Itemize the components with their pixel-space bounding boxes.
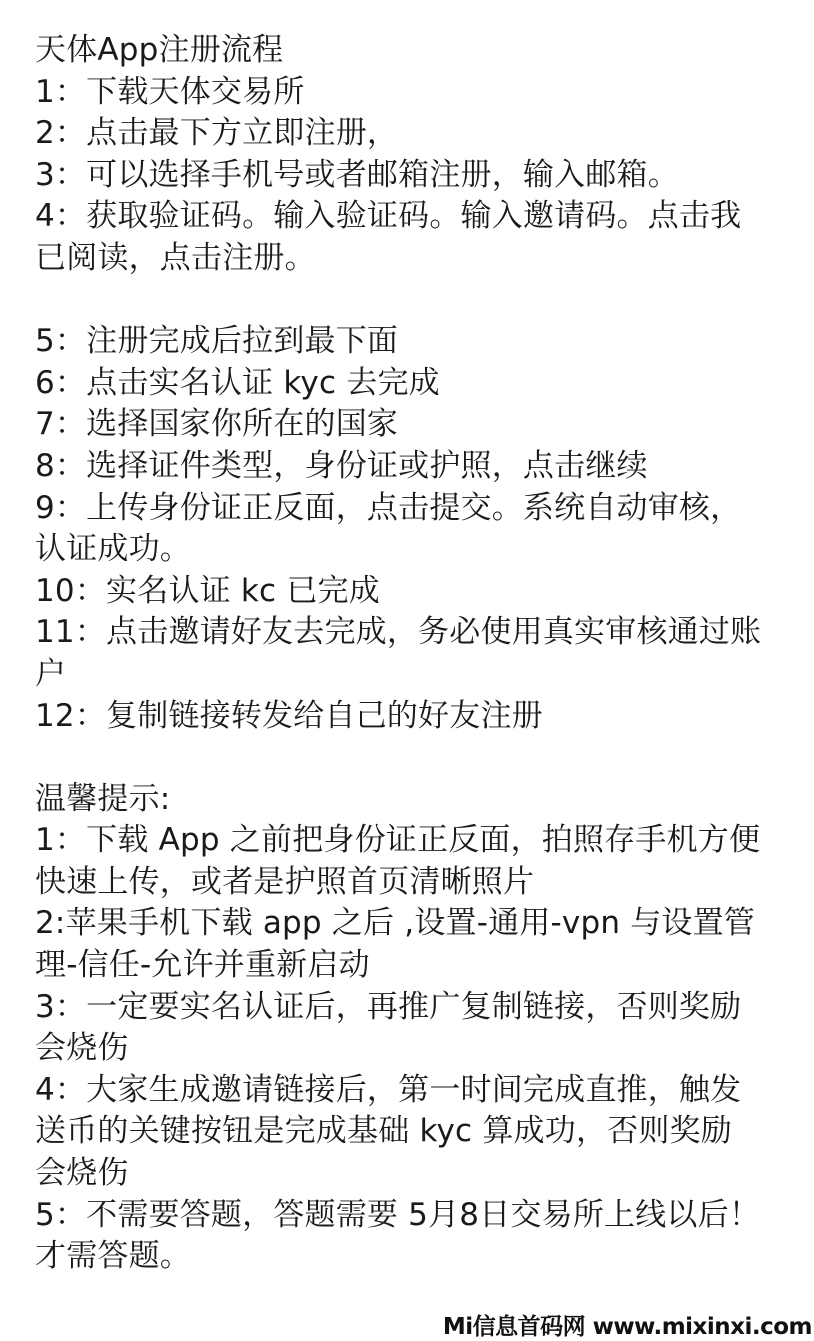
step-line: 7：选择国家你所在的国家 <box>35 404 805 446</box>
step-line: 认证成功。 <box>35 529 805 571</box>
watermark-text: Mi信息首码网 www.mixinxi.com <box>443 1313 812 1341</box>
step-line: 10：实名认证 kc 已完成 <box>35 571 805 613</box>
tip-line: 送币的关键按钮是完成基础 kyc 算成功，否则奖励 <box>35 1111 805 1153</box>
paragraph-spacer <box>35 280 805 322</box>
tip-line: 会烧伤 <box>35 1028 805 1070</box>
step-line: 2：点击最下方立即注册， <box>35 113 805 155</box>
step-line: 5：注册完成后拉到最下面 <box>35 321 805 363</box>
document-title: 天体App注册流程 <box>35 30 805 72</box>
step-line: 3：可以选择手机号或者邮箱注册，输入邮箱。 <box>35 155 805 197</box>
step-line: 11：点击邀请好友去完成，务必使用真实审核通过账 <box>35 612 805 654</box>
tip-line: 1：下载 App 之前把身份证正反面，拍照存手机方便 <box>35 820 805 862</box>
tip-line: 理-信任-允许并重新启动 <box>35 945 805 987</box>
tip-line: 4：大家生成邀请链接后，第一时间完成直推，触发 <box>35 1070 805 1112</box>
step-line: 8：选择证件类型，身份证或护照，点击继续 <box>35 446 805 488</box>
tip-line: 3：一定要实名认证后，再推广复制链接，否则奖励 <box>35 987 805 1029</box>
step-line: 1：下载天体交易所 <box>35 72 805 114</box>
step-line: 12：复制链接转发给自己的好友注册 <box>35 696 805 738</box>
tips-heading: 温馨提示: <box>35 779 805 821</box>
paragraph-spacer <box>35 737 805 779</box>
tip-line: 2:苹果手机下载 app 之后 ,设置-通用-vpn 与设置管 <box>35 903 805 945</box>
step-line: 6：点击实名认证 kyc 去完成 <box>35 363 805 405</box>
document-body: 天体App注册流程 1：下载天体交易所 2：点击最下方立即注册， 3：可以选择手… <box>35 30 805 1278</box>
step-line: 已阅读，点击注册。 <box>35 238 805 280</box>
tip-line: 5：不需要答题，答题需要 5月8日交易所上线以后！ <box>35 1195 805 1237</box>
tip-line: 会烧伤 <box>35 1153 805 1195</box>
tip-line: 快速上传，或者是护照首页清晰照片 <box>35 862 805 904</box>
step-line: 4：获取验证码。输入验证码。输入邀请码。点击我 <box>35 196 805 238</box>
step-line: 户 <box>35 654 805 696</box>
step-line: 9：上传身份证正反面，点击提交。系统自动审核， <box>35 488 805 530</box>
tip-line: 才需答题。 <box>35 1236 805 1278</box>
